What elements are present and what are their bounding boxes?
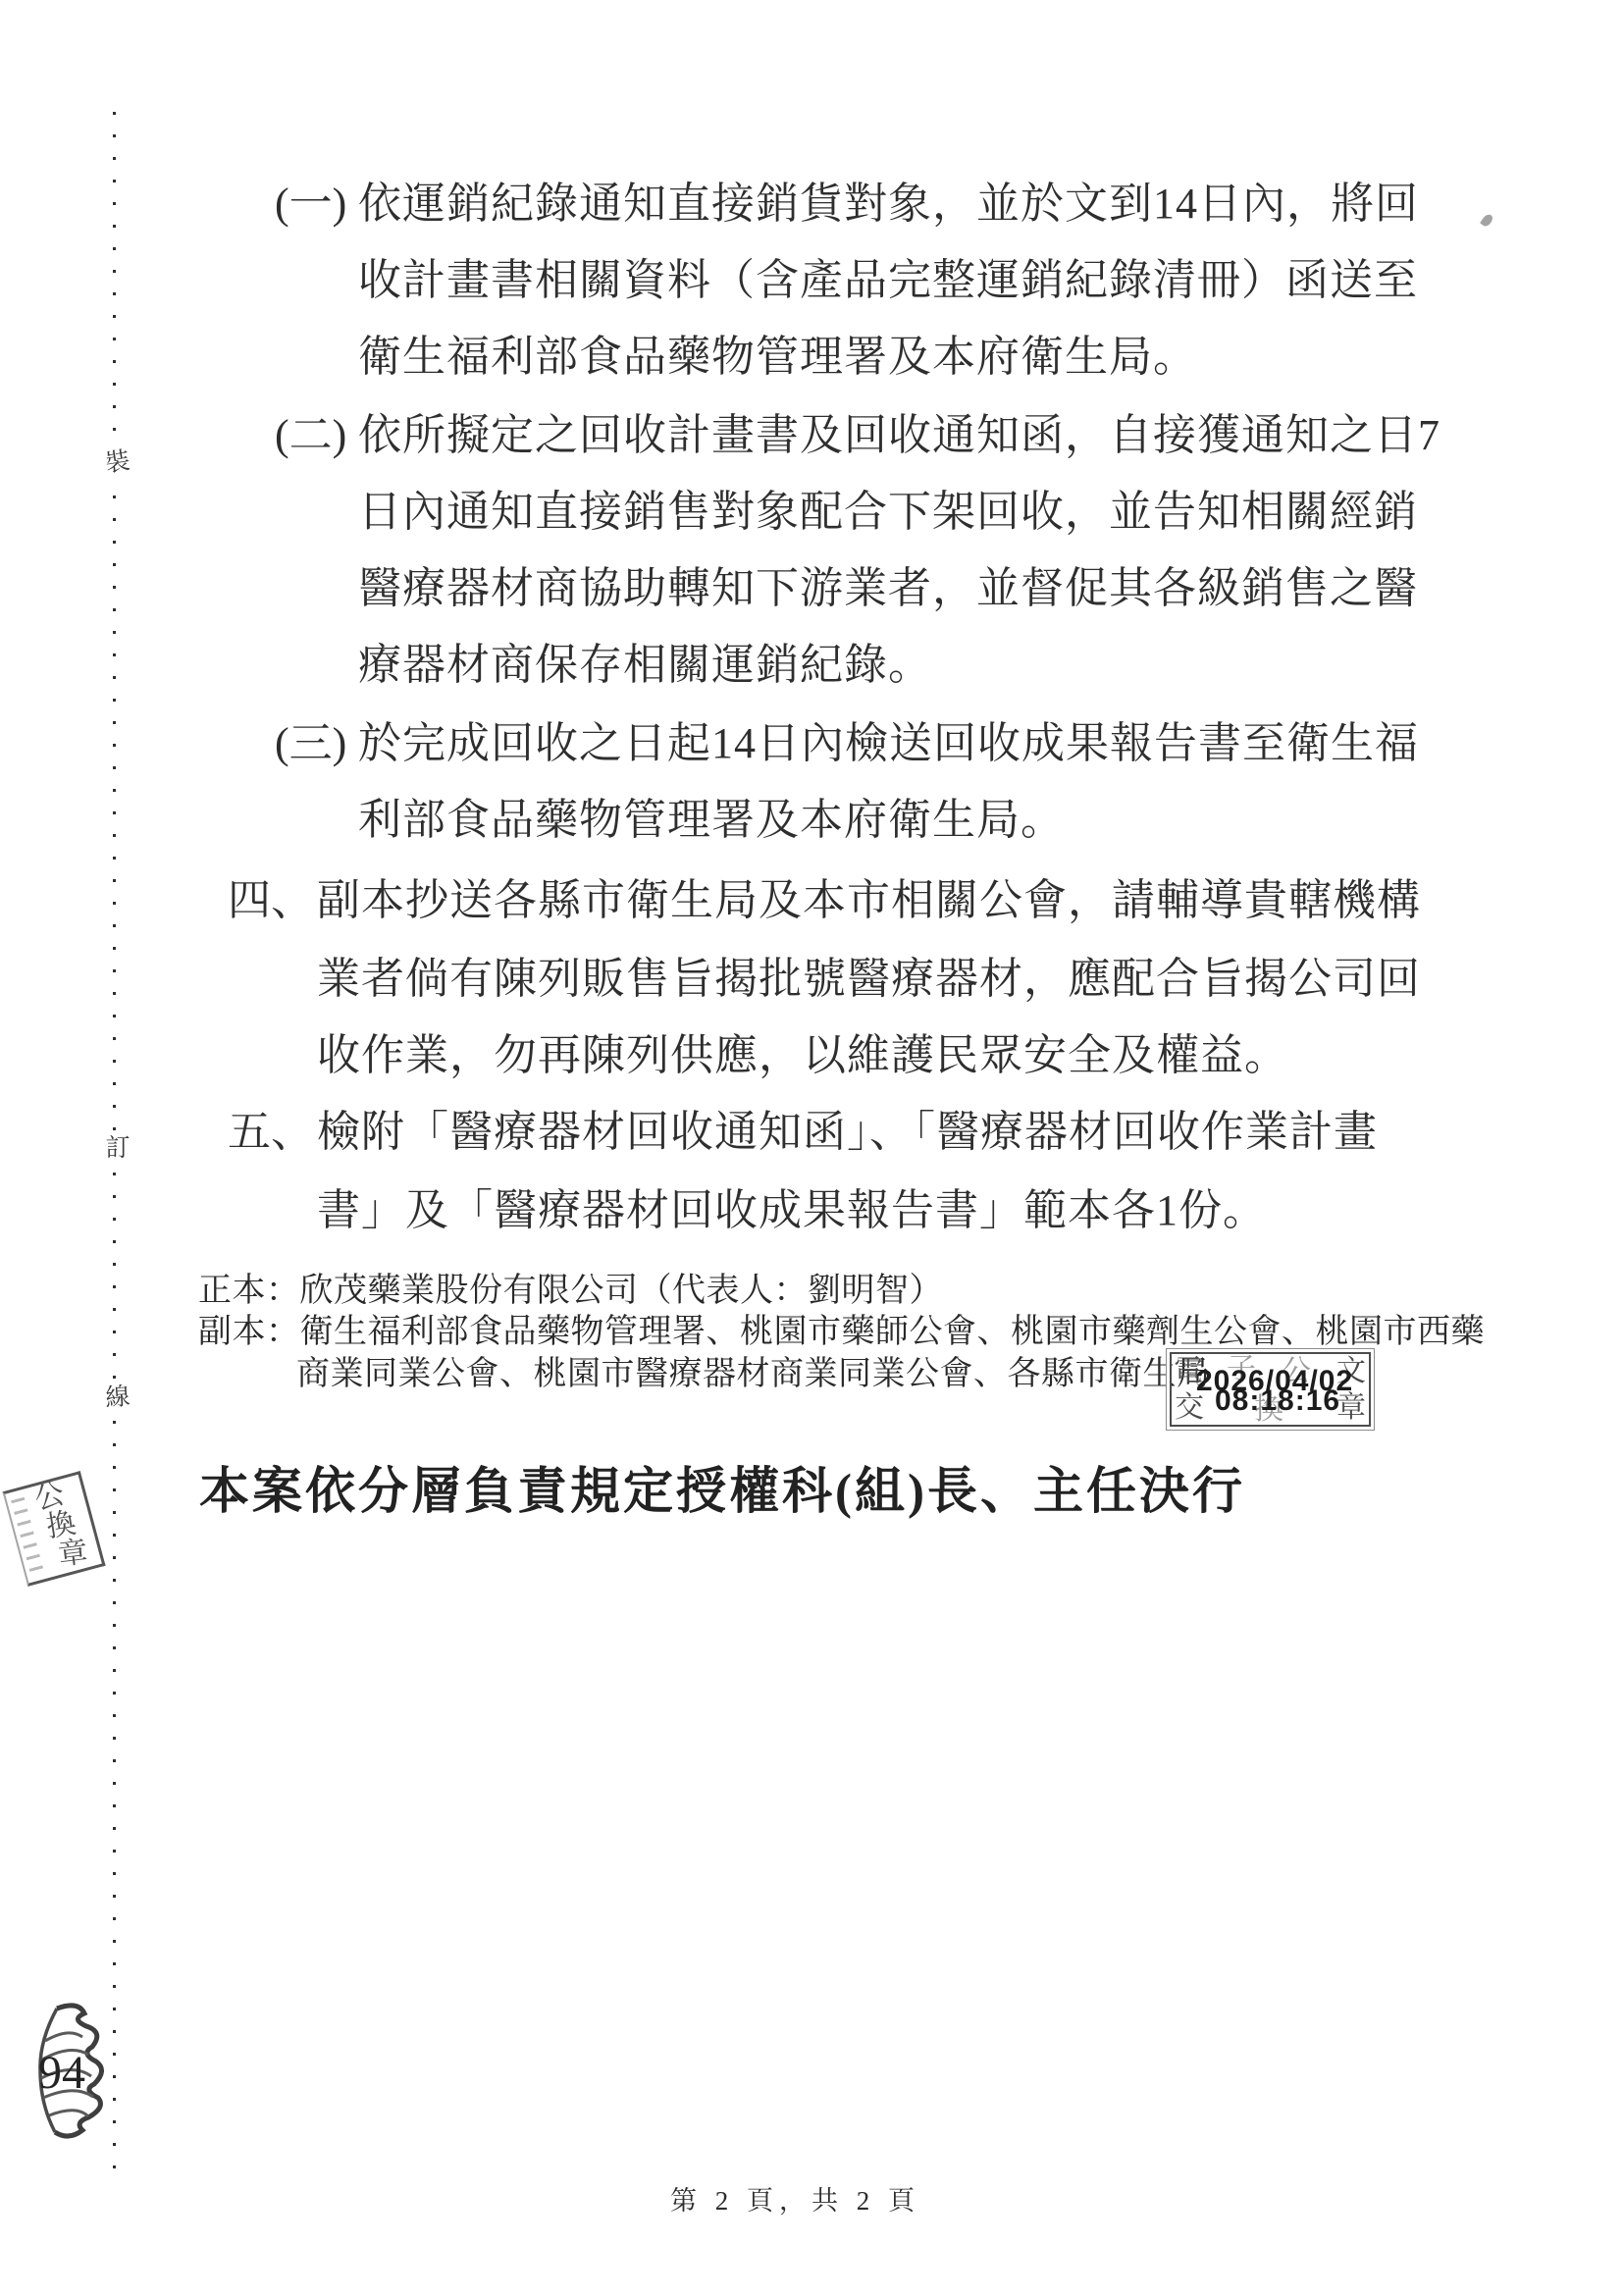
electronic-exchange-stamp: 電 子 公 文 交 換 章 2026/04/02 08:18:16 — [1170, 1352, 1371, 1427]
stamp-char: 章 — [57, 1538, 89, 1570]
body-line: 依所擬定之回收計畫書及回收通知函，自接獲通知之日7 — [358, 414, 1440, 457]
body-line: 業者倘有陳列販售旨揭批號醫療器材，應配合旨揭公司回 — [317, 958, 1421, 1001]
item-marker: (三) — [275, 722, 346, 765]
margin-mark-line: 線 — [100, 1382, 135, 1414]
body-line: 衛生福利部食品藥物管理署及本府衛生局。 — [358, 336, 1197, 379]
stamp-char: 章 — [1336, 1393, 1366, 1423]
decision-line: 本案依分層負責規定授權科(組)長、主任決行 — [199, 1468, 1245, 1518]
body-line: 收計畫書相關資料（含產品完整運銷紀錄清冊）函送至 — [358, 259, 1418, 302]
page-number-stamp: 94 — [26, 2000, 106, 2150]
body-line: 收作業，勿再陳列供應，以維護民眾安全及權益。 — [317, 1034, 1288, 1077]
body-line: 醫療器材商協助轉知下游業者，並督促其各級銷售之醫 — [358, 567, 1418, 610]
scanned-document-page: 裝 訂 線 (一) 依運銷紀錄通知直接銷貨對象，並於文到14日內，將回 收計畫書… — [0, 0, 1623, 2296]
recipient-original-line: 正本：欣茂藥業股份有限公司（代表人：劉明智） — [198, 1275, 943, 1308]
margin-mark-stitch: 訂 — [101, 1133, 134, 1164]
partial-exchange-stamp: 公 換 章 — [2, 1471, 105, 1587]
body-line: 依運銷紀錄通知直接銷貨對象，並於文到14日內，將回 — [358, 183, 1419, 226]
body-line: 檢附「醫療器材回收通知函」、「醫療器材回收作業計畫 — [317, 1111, 1378, 1154]
margin-mark-binding: 裝 — [99, 445, 136, 481]
recipient-copy-line-2: 商業同業公會、桃園市醫療器材商業同業公會、各縣市衛生局 — [296, 1358, 1211, 1391]
item-marker: 四、 — [228, 879, 314, 922]
scan-speck — [1480, 213, 1494, 229]
body-line: 副本抄送各縣市衛生局及本市相關公會，請輔導貴轄機構 — [317, 879, 1421, 922]
recipient-copy-line-1: 副本：衛生福利部食品藥物管理署、桃園市藥師公會、桃園市藥劑生公會、桃園市西藥 — [198, 1316, 1485, 1349]
page-number-stamp-text: 94 — [38, 2047, 85, 2099]
body-line: 於完成回收之日起14日內檢送回收成果報告書至衛生福 — [358, 722, 1419, 765]
item-marker: (一) — [275, 183, 346, 226]
body-line: 書」及「醫療器材回收成果報告書」範本各1份。 — [317, 1189, 1267, 1232]
item-marker: 五、 — [228, 1111, 314, 1154]
body-line: 日內通知直接銷售對象配合下架回收，並告知相關經銷 — [358, 491, 1418, 534]
footer-page-indicator: 第 2 頁，共 2 頁 — [670, 2188, 920, 2215]
body-line: 利部食品藥物管理署及本府衛生局。 — [358, 799, 1065, 842]
item-marker: (二) — [275, 414, 346, 457]
stamp-time: 08:18:16 — [1215, 1386, 1340, 1416]
body-line: 療器材商保存相關運銷紀錄。 — [358, 644, 932, 687]
stamp-char: 交 — [1175, 1393, 1204, 1423]
stamp-blob-graphic: 94 — [26, 2000, 106, 2145]
